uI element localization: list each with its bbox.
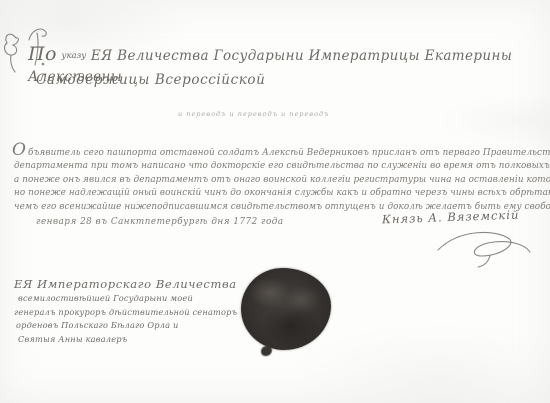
wax-seal <box>241 268 331 350</box>
titles-line-2: всемилостивѣйшей Государыни моей <box>14 292 237 306</box>
body-line: а понеже онъ явился въ департаментъ отъ … <box>14 174 542 187</box>
header-po: По <box>28 43 57 65</box>
body-dropcap: О <box>12 144 26 157</box>
titles-line-5: Святыя Анны кавалеръ <box>14 333 237 347</box>
titles-line-3: генералъ прокуроръ дѣйствительной сенато… <box>14 306 237 320</box>
body-line: но понеже надлежащій оный воинскій чинъ … <box>14 187 542 200</box>
titles-line-1: ЕЯ Императорскаго Величества <box>14 276 237 292</box>
body-line-text: бъявитель сего пашпорта отставной солдат… <box>28 148 550 158</box>
header-ukazu: указу <box>62 51 87 61</box>
titles-block: ЕЯ Императорскаго Величества всемилостив… <box>14 276 237 346</box>
faint-notation: и переводъ и переводъ и переводъ <box>178 110 329 118</box>
scanned-document-page: По указу ЕЯ Величества Государыни Импера… <box>0 0 550 403</box>
signature-paraph-icon <box>430 226 540 270</box>
body-line: департамента при томъ написано что докто… <box>14 160 542 173</box>
body-line: О бъявитель сего пашпорта отставной солд… <box>14 147 542 160</box>
titles-line-4: орденовъ Польскаго Бѣлаго Орла и <box>14 319 237 333</box>
header-line-2: Самодержицы Всероссійской <box>36 72 265 88</box>
